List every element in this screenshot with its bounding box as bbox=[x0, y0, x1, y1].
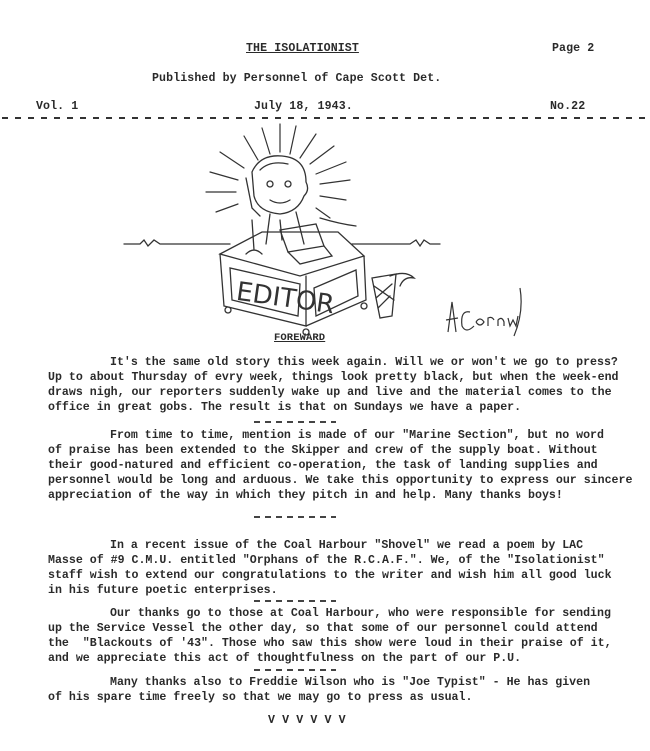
paragraph-line: Up to about Thursday of evry week, thing… bbox=[48, 370, 648, 385]
editor-cartoon-illustration: EDITOR bbox=[120, 120, 460, 340]
separator bbox=[254, 669, 336, 671]
paragraph-line: Masse of #9 C.M.U. entitled "Orphans of … bbox=[48, 553, 648, 568]
paragraph-line: in his future poetic enterprises. bbox=[48, 583, 648, 598]
paragraph-line: the "Blackouts of '43". Those who saw th… bbox=[48, 636, 648, 651]
paragraph-line: From time to time, mention is made of ou… bbox=[48, 428, 648, 443]
issue-date: July 18, 1943. bbox=[254, 100, 353, 114]
paragraph-line: personnel would be long and arduous. We … bbox=[48, 473, 648, 488]
paragraph-line: of his spare time freely so that we may … bbox=[48, 690, 648, 705]
volume: Vol. 1 bbox=[36, 100, 78, 114]
paragraph-line: office in great gobs. The result is that… bbox=[48, 400, 648, 415]
paragraph-4: Our thanks go to those at Coal Harbour, … bbox=[48, 606, 648, 666]
paragraph-line: of praise has been extended to the Skipp… bbox=[48, 443, 648, 458]
closing-marks: V V V V V V bbox=[268, 714, 346, 728]
issue-number: No.22 bbox=[550, 100, 585, 114]
paragraph-line: draws nigh, our reporters suddenly wake … bbox=[48, 385, 648, 400]
paragraph-line: appreciation of the way in which they pi… bbox=[48, 488, 648, 503]
separator bbox=[254, 421, 336, 423]
separator bbox=[254, 600, 336, 602]
desk-label: EDITOR bbox=[234, 277, 336, 320]
publisher-line: Published by Personnel of Cape Scott Det… bbox=[152, 72, 441, 86]
paragraph-line: Our thanks go to those at Coal Harbour, … bbox=[48, 606, 648, 621]
paragraph-line: up the Service Vessel the other day, so … bbox=[48, 621, 648, 636]
paragraph-line: and we appreciate this act of thoughtful… bbox=[48, 651, 648, 666]
paragraph-2: From time to time, mention is made of ou… bbox=[48, 428, 648, 503]
header-divider bbox=[2, 117, 648, 119]
paragraph-5: Many thanks also to Freddie Wilson who i… bbox=[48, 675, 648, 705]
newsletter-title: THE ISOLATIONIST bbox=[246, 42, 359, 56]
separator bbox=[254, 516, 336, 518]
paragraph-line: their good-natured and efficient co-oper… bbox=[48, 458, 648, 473]
paragraph-line: It's the same old story this week again.… bbox=[48, 355, 648, 370]
artist-signature bbox=[440, 282, 524, 340]
paragraph-line: In a recent issue of the Coal Harbour "S… bbox=[48, 538, 648, 553]
paragraph-3: In a recent issue of the Coal Harbour "S… bbox=[48, 538, 648, 598]
section-heading: FOREWARD bbox=[274, 331, 325, 345]
paragraph-line: Many thanks also to Freddie Wilson who i… bbox=[48, 675, 648, 690]
paragraph-line: staff wish to extend our congratulations… bbox=[48, 568, 648, 583]
page-number: Page 2 bbox=[552, 42, 594, 56]
paragraph-1: It's the same old story this week again.… bbox=[48, 355, 648, 415]
